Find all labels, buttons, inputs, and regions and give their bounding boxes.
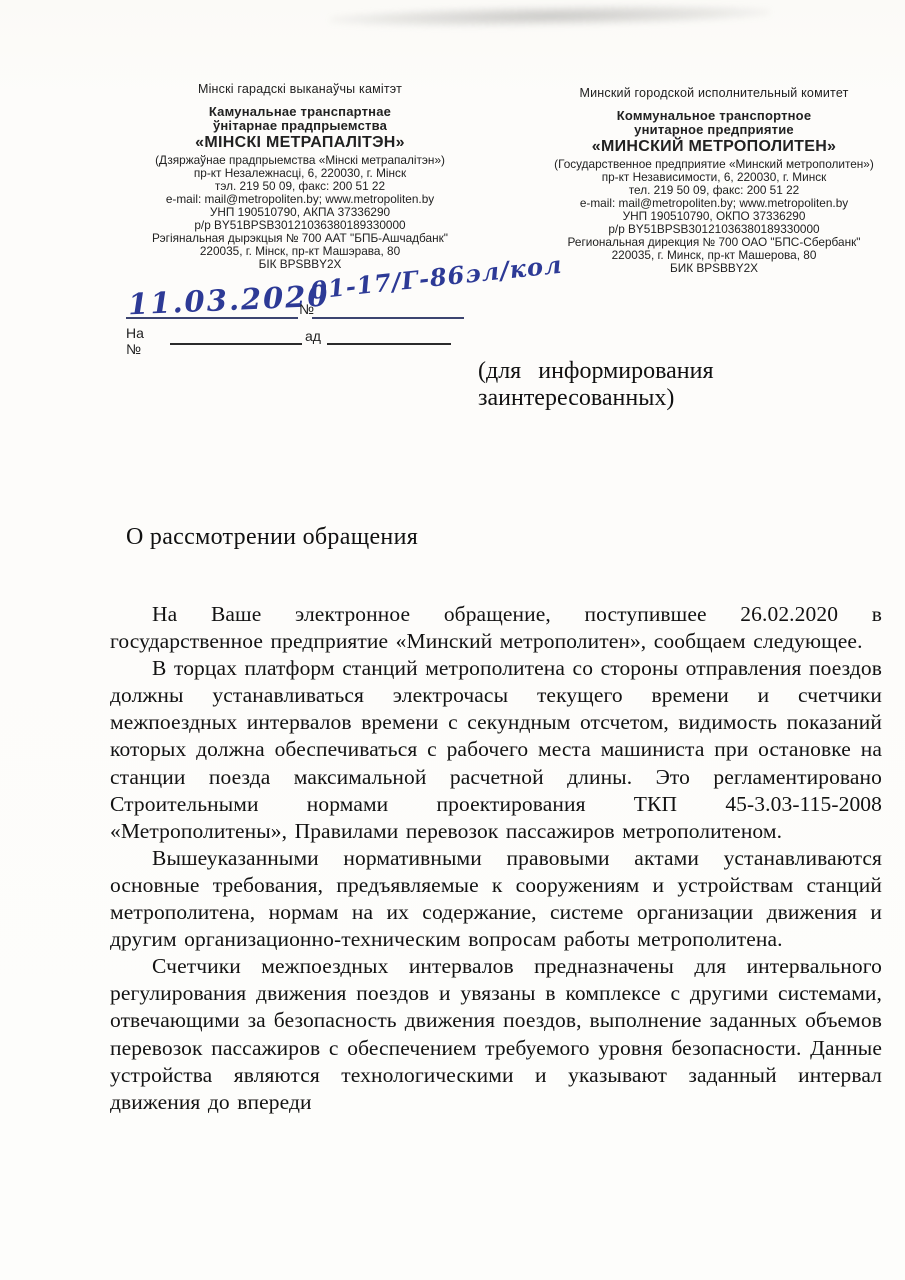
- number-underline: [312, 317, 464, 319]
- org-name: «МІНСКІ МЕТРАПАЛІТЭН»: [133, 134, 467, 152]
- org-type-line: Коммунальное транспортное: [526, 109, 902, 123]
- org-type-line: унитарное предприятие: [526, 123, 902, 137]
- letterhead-russian: Минский городской исполнительный комитет…: [526, 86, 902, 275]
- body-paragraph: На Ваше электронное обращение, поступивш…: [110, 601, 882, 655]
- body-paragraph: Счетчики межпоездных интервалов предназн…: [110, 953, 882, 1116]
- committee-name: Минский городской исполнительный комитет: [526, 86, 902, 100]
- letterhead-detail: БИК BPSBBY2X: [526, 262, 902, 275]
- org-type-line: ўнітарнае прадпрыемства: [133, 119, 467, 133]
- committee-name: Мінскі гарадскі выканаўчы камітэт: [133, 82, 467, 96]
- subject-line: О рассмотрении обращения: [126, 524, 418, 551]
- date-underline: [126, 317, 298, 319]
- addressee-note-line2: заинтересованных): [478, 385, 838, 412]
- reply-number-underline: [170, 343, 302, 345]
- org-type-line: Камунальнае транспартнае: [133, 105, 467, 119]
- scanned-letter-page: Мінскі гарадскі выканаўчы камітэт Камуна…: [0, 0, 905, 1280]
- reply-date-underline: [327, 343, 451, 345]
- body-paragraph: Вышеуказанными нормативными правовыми ак…: [110, 845, 882, 953]
- body-paragraph: В торцах платформ станций метрополитена …: [110, 655, 882, 845]
- letter-body: На Ваше электронное обращение, поступивш…: [110, 601, 882, 1116]
- org-name: «МИНСКИЙ МЕТРОПОЛИТЕН»: [526, 138, 902, 156]
- reply-from-label: ад: [305, 328, 321, 344]
- ink-bleed-smudge: [330, 2, 770, 30]
- addressee-note: (для информирования заинтересованных): [478, 358, 838, 412]
- letterhead-belarusian: Мінскі гарадскі выканаўчы камітэт Камуна…: [133, 82, 467, 271]
- reply-to-label: На №: [126, 325, 144, 357]
- addressee-note-line1: (для информирования: [478, 358, 838, 385]
